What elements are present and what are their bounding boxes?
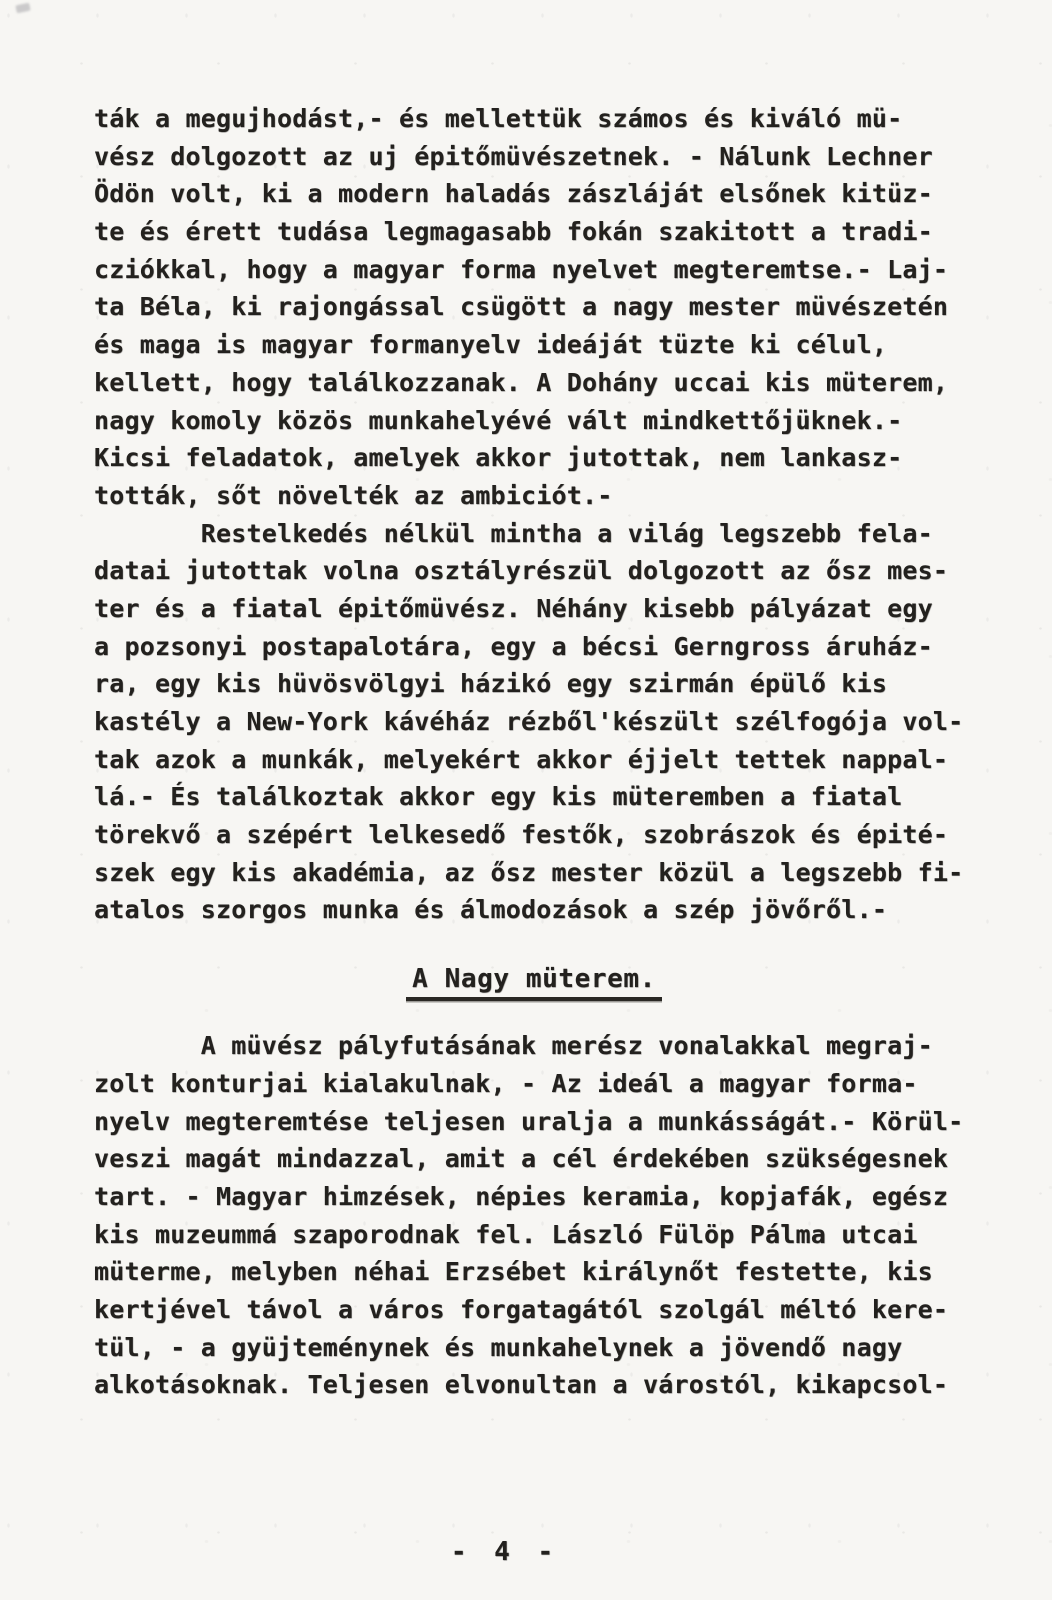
text-line: alkotásoknak. Teljesen elvonultan a váro… — [94, 1366, 974, 1404]
text-line: ra, egy kis hüvösvölgyi házikó egy szirm… — [94, 665, 974, 703]
paragraph-2: A müvész pályfutásának merész vonalakkal… — [94, 1027, 974, 1404]
text-line: A müvész pályfutásának merész vonalakkal… — [94, 1027, 974, 1065]
text-line: és maga is magyar formanyelv ideáját tüz… — [94, 326, 974, 364]
text-line: vész dolgozott az uj épitőmüvészetnek. -… — [94, 138, 974, 176]
text-line: kastély a New-York kávéház rézből'készül… — [94, 703, 974, 741]
text-line: datai jutottak volna osztályrészül dolgo… — [94, 552, 974, 590]
text-line: cziókkal, hogy a magyar forma nyelvet me… — [94, 251, 974, 289]
section-heading: A Nagy müterem. — [406, 964, 662, 1001]
text-line: Restelkedés nélkül mintha a világ legsze… — [94, 515, 974, 553]
section-heading-row: A Nagy müterem. — [94, 964, 974, 1001]
text-line: ták a megujhodást,- és mellettük számos … — [94, 100, 974, 138]
text-line: tották, sőt növelték az ambiciót.- — [94, 477, 974, 515]
text-line: kertjével távol a város forgatagától szo… — [94, 1291, 974, 1329]
page-number: - 4 - — [0, 1537, 1010, 1567]
text-line: ta Béla, ki rajongással csügött a nagy m… — [94, 288, 974, 326]
text-line: Ödön volt, ki a modern haladás zászláját… — [94, 175, 974, 213]
text-line: te és érett tudása legmagasabb fokán sza… — [94, 213, 974, 251]
text-line: zolt konturjai kialakulnak, - Az ideál a… — [94, 1065, 974, 1103]
text-line: kis muzeummá szaporodnak fel. László Fül… — [94, 1216, 974, 1254]
text-line: atalos szorgos munka és álmodozások a sz… — [94, 891, 974, 929]
text-block: ták a megujhodást,- és mellettük számos … — [94, 100, 974, 1404]
text-line: törekvő a szépért lelkesedő festők, szob… — [94, 816, 974, 854]
text-line: tül, - a gyüjteménynek és munkahelynek a… — [94, 1329, 974, 1367]
text-line: szek egy kis akadémia, az ősz mester köz… — [94, 854, 974, 892]
paragraph-1: ták a megujhodást,- és mellettük számos … — [94, 100, 974, 929]
text-line: Kicsi feladatok, amelyek akkor jutottak,… — [94, 439, 974, 477]
text-line: kellett, hogy találkozzanak. A Dohány uc… — [94, 364, 974, 402]
text-line: tart. - Magyar himzések, népies keramia,… — [94, 1178, 974, 1216]
scan-smudge — [15, 3, 30, 14]
text-line: nyelv megteremtése teljesen uralja a mun… — [94, 1103, 974, 1141]
text-line: tak azok a munkák, melyekért akkor éjjel… — [94, 741, 974, 779]
typewritten-document-page: ták a megujhodást,- és mellettük számos … — [0, 0, 1052, 1600]
text-line: a pozsonyi postapalotára, egy a bécsi Ge… — [94, 628, 974, 666]
text-line: lá.- És találkoztak akkor egy kis mütere… — [94, 778, 974, 816]
text-line: nagy komoly közös munkahelyévé vált mind… — [94, 402, 974, 440]
text-line: müterme, melyben néhai Erzsébet királynő… — [94, 1253, 974, 1291]
text-line: ter és a fiatal épitőmüvész. Néhány kise… — [94, 590, 974, 628]
text-line: veszi magát mindazzal, amit a cél érdeké… — [94, 1140, 974, 1178]
